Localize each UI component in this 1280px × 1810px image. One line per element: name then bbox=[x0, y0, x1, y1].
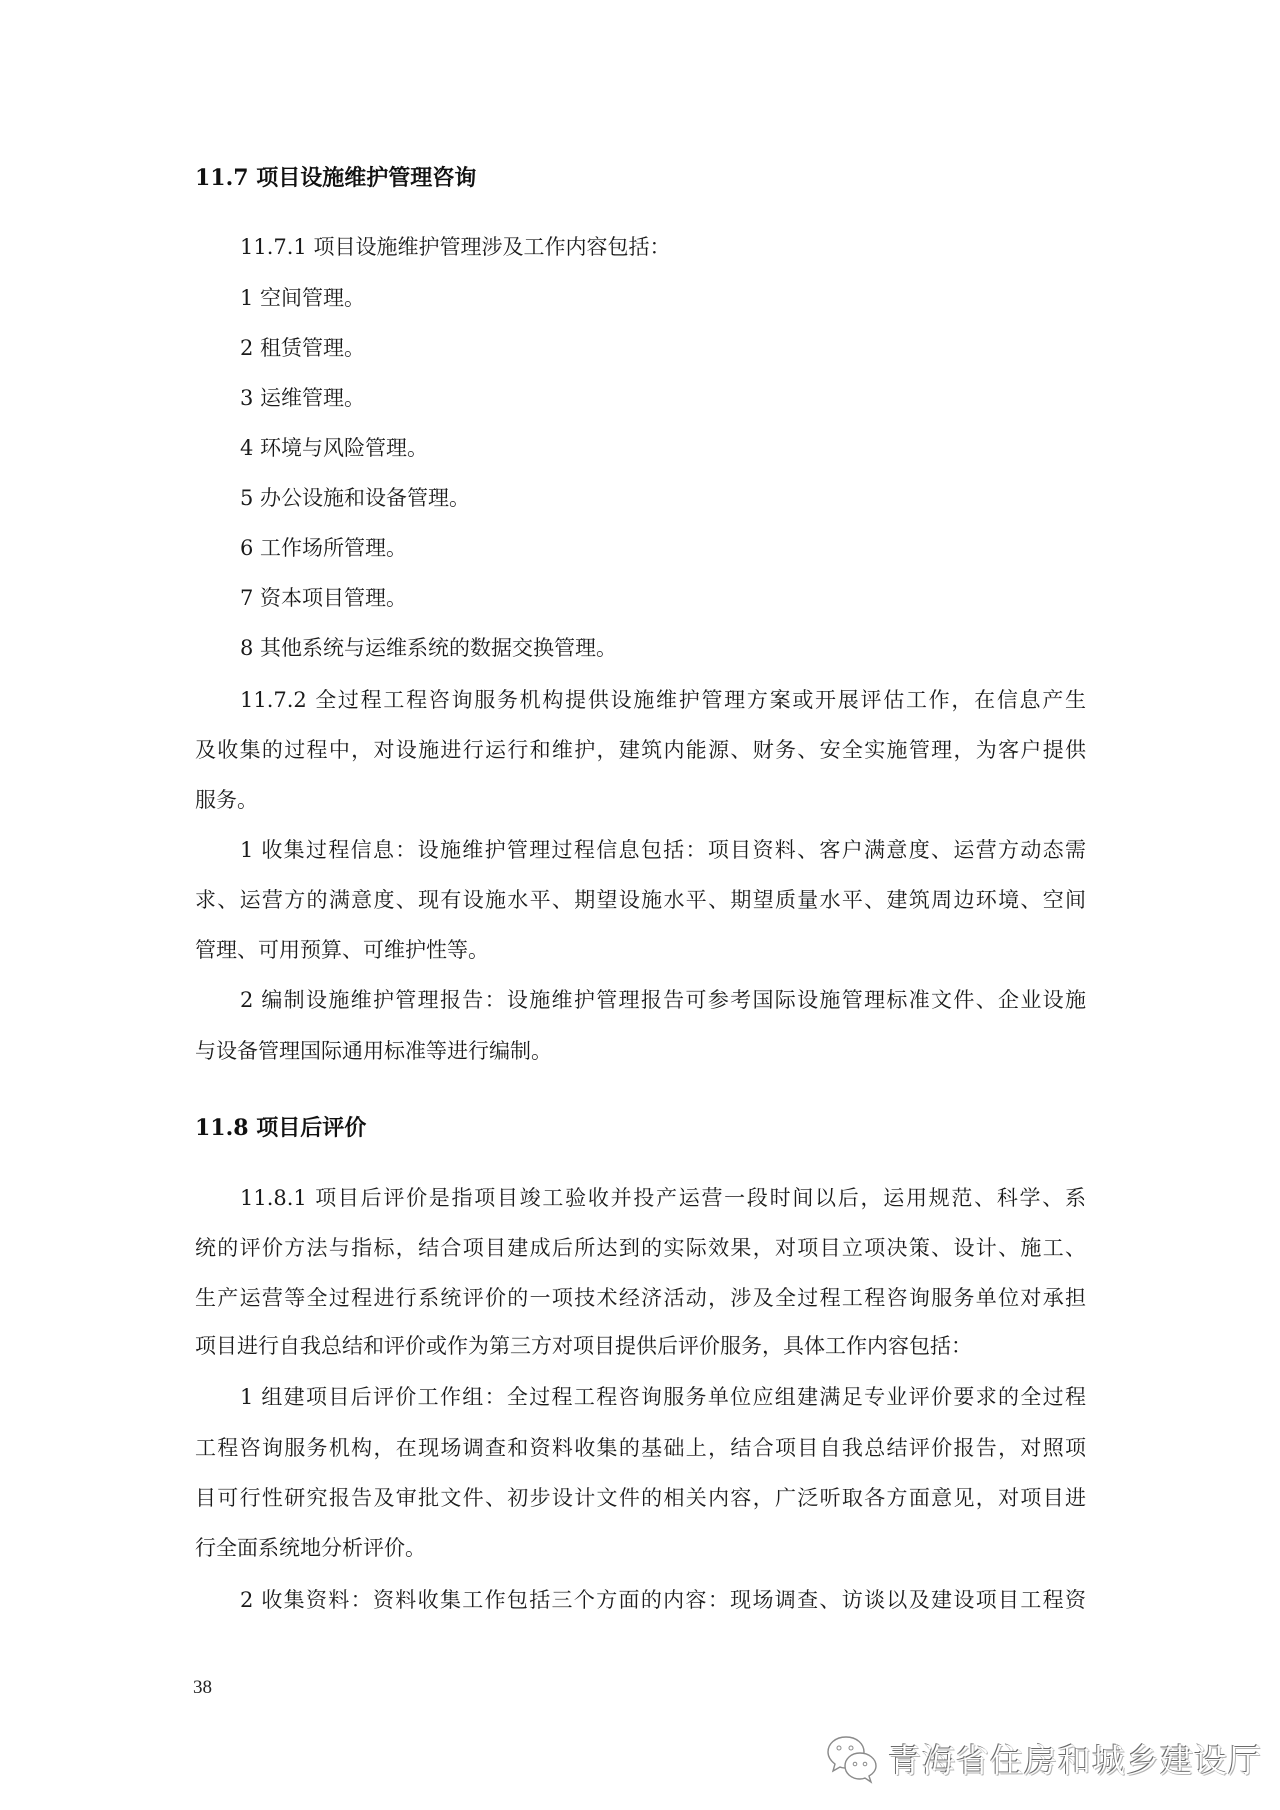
sub-item-team-line: 1 组建项目后评价工作组：全过程工程咨询服务单位应组建满足专业评价要求的全过程 bbox=[240, 1382, 1086, 1412]
clause-11-7-2-line: 服务。 bbox=[195, 785, 1086, 815]
section-heading-11-7: 11.7 项目设施维护管理咨询 bbox=[195, 162, 476, 194]
list-item: 4 环境与风险管理。 bbox=[240, 433, 1086, 463]
sub-item-collect-info-line: 1 收集过程信息：设施维护管理过程信息包括：项目资料、客户满意度、运营方动态需 bbox=[240, 835, 1086, 865]
list-item: 5 办公设施和设备管理。 bbox=[240, 483, 1086, 513]
page-number: 38 bbox=[193, 1676, 212, 1700]
sub-item-report-line: 2 编制设施维护管理报告：设施维护管理报告可参考国际设施管理标准文件、企业设施 bbox=[240, 985, 1086, 1015]
list-item: 3 运维管理。 bbox=[240, 383, 1086, 413]
wechat-icon bbox=[826, 1731, 880, 1785]
list-item: 7 资本项目管理。 bbox=[240, 583, 1086, 613]
sub-item-collect-data-line: 2 收集资料：资料收集工作包括三个方面的内容：现场调查、访谈以及建设项目工程资 bbox=[240, 1585, 1086, 1615]
list-item: 8 其他系统与运维系统的数据交换管理。 bbox=[240, 633, 1086, 663]
sub-item-collect-info-line: 管理、可用预算、可维护性等。 bbox=[195, 935, 1086, 965]
clause-11-7-2-line: 11.7.2 全过程工程咨询服务机构提供设施维护管理方案或开展评估工作，在信息产… bbox=[240, 685, 1086, 715]
clause-11-8-1-line: 生产运营等全过程进行系统评价的一项技术经济活动，涉及全过程工程咨询服务单位对承担 bbox=[195, 1283, 1086, 1313]
wechat-watermark: 青海省住房和城乡建设厅 bbox=[826, 1730, 1262, 1786]
clause-11-8-1-line: 项目进行自我总结和评价或作为第三方对项目提供后评价服务，具体工作内容包括： bbox=[195, 1331, 1086, 1361]
watermark-text: 青海省住房和城乡建设厅 bbox=[888, 1735, 1262, 1782]
sub-item-collect-info-line: 求、运营方的满意度、现有设施水平、期望设施水平、期望质量水平、建筑周边环境、空间 bbox=[195, 885, 1086, 915]
section-heading-11-8: 11.8 项目后评价 bbox=[195, 1112, 366, 1144]
clause-11-8-1-line: 统的评价方法与指标，结合项目建成后所达到的实际效果，对项目立项决策、设计、施工、 bbox=[195, 1233, 1086, 1263]
list-item: 6 工作场所管理。 bbox=[240, 533, 1086, 563]
sub-item-team-line: 目可行性研究报告及审批文件、初步设计文件的相关内容，广泛听取各方面意见，对项目进 bbox=[195, 1483, 1086, 1513]
clause-11-7-1: 11.7.1 项目设施维护管理涉及工作内容包括： bbox=[240, 232, 1086, 262]
document-page: 11.7 项目设施维护管理咨询 11.7.1 项目设施维护管理涉及工作内容包括：… bbox=[0, 0, 1280, 1810]
sub-item-report-line: 与设备管理国际通用标准等进行编制。 bbox=[195, 1036, 1086, 1066]
list-item: 1 空间管理。 bbox=[240, 283, 1086, 313]
sub-item-team-line: 行全面系统地分析评价。 bbox=[195, 1533, 1086, 1563]
list-item: 2 租赁管理。 bbox=[240, 333, 1086, 363]
clause-11-8-1-line: 11.8.1 项目后评价是指项目竣工验收并投产运营一段时间以后，运用规范、科学、… bbox=[240, 1183, 1086, 1213]
clause-11-7-2-line: 及收集的过程中，对设施进行运行和维护，建筑内能源、财务、安全实施管理，为客户提供 bbox=[195, 735, 1086, 765]
sub-item-team-line: 工程咨询服务机构，在现场调查和资料收集的基础上，结合项目自我总结评价报告，对照项 bbox=[195, 1433, 1086, 1463]
